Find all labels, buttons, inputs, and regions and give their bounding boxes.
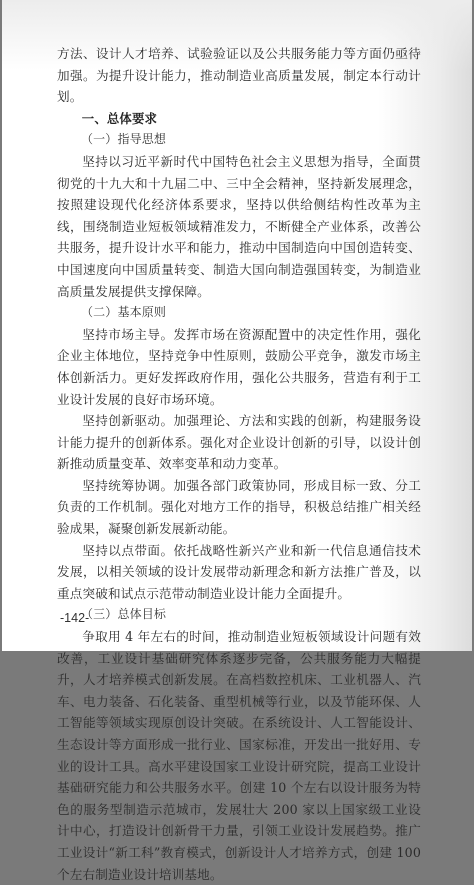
subheading-guiding-ideology: （一）指导思想 (57, 129, 421, 151)
paragraph-point-to-area: 坚持以点带面。依托战略性新兴产业和新一代信息通信技术发展，以相关领域的设计发展带… (57, 540, 421, 605)
paragraph-guiding-ideology: 坚持以习近平新时代中国特色社会主义思想为指导，全面贯彻党的十九大和十九届二中、三… (57, 151, 421, 302)
document-page: 方法、设计人才培养、试验验证以及公共服务能力等方面仍亟待加强。为提升设计能力，推… (2, 0, 472, 651)
subheading-overall-goals: （三）总体目标 (57, 604, 421, 626)
page-content: 方法、设计人才培养、试验验证以及公共服务能力等方面仍亟待加强。为提升设计能力，推… (57, 43, 421, 653)
section-heading-general-requirements: 一、总体要求 (57, 108, 421, 130)
paragraph-overall-goals: 争取用 4 年左右的时间，推动制造业短板领域设计问题有效改善，工业设计基础研究体… (57, 626, 421, 653)
subheading-basic-principles: （二）基本原则 (57, 302, 421, 324)
paragraph-continuation: 方法、设计人才培养、试验验证以及公共服务能力等方面仍亟待加强。为提升设计能力，推… (57, 43, 421, 108)
paragraph-coordination: 坚持统筹协调。加强各部门政策协同，形成目标一致、分工负责的工作机制。强化对地方工… (57, 475, 421, 540)
paragraph-market-led: 坚持市场主导。发挥市场在资源配置中的决定性作用，强化企业主体地位，坚持竞争中性原… (57, 324, 421, 410)
paragraph-innovation-driven: 坚持创新驱动。加强理论、方法和实践的创新，构建服务设计能力提升的创新体系。强化对… (57, 410, 421, 475)
page-number: -142- (60, 611, 89, 625)
